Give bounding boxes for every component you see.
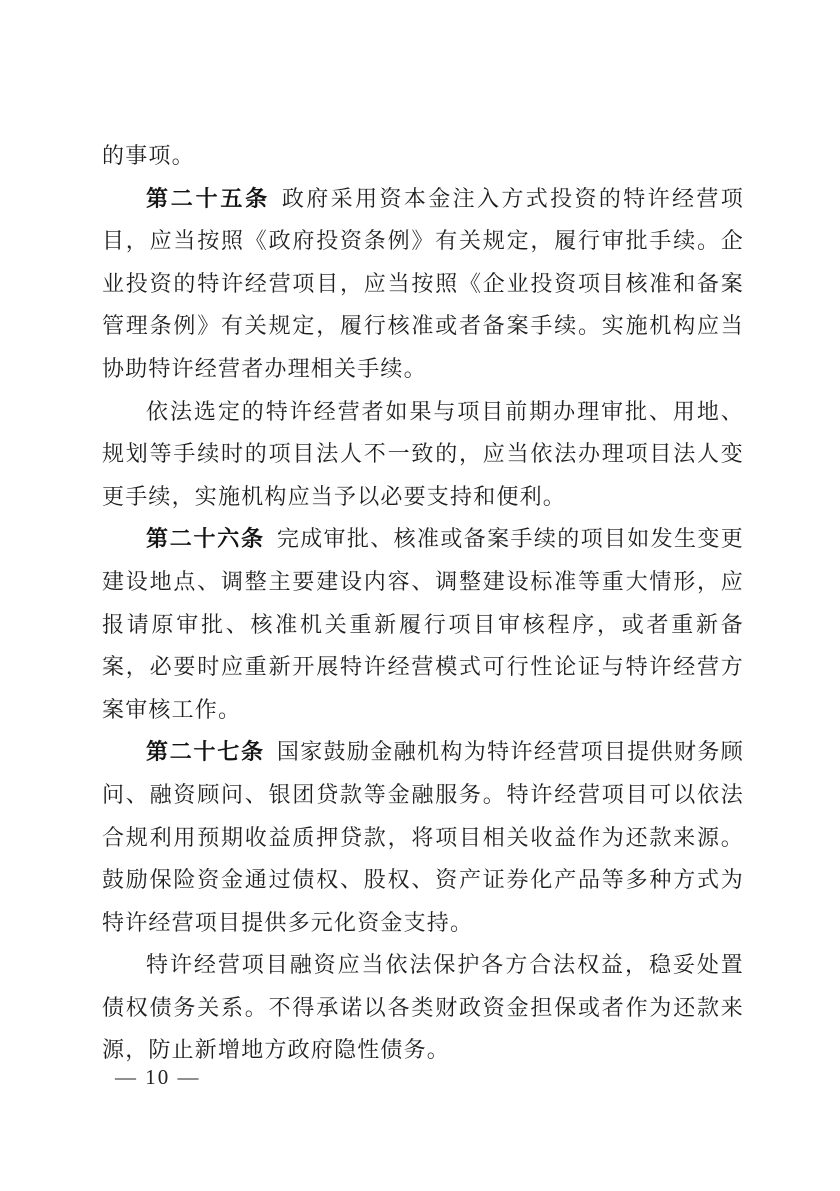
article-number-26: 第二十六条	[146, 526, 265, 551]
para-article-26: 第二十六条完成审批、核准或备案手续的项目如发生变更建设地点、调整主要建设内容、调…	[102, 518, 744, 731]
paragraph-text: 特许经营项目融资应当依法保护各方合法权益，稳妥处置债权债务关系。不得承诺以各类财…	[102, 952, 744, 1062]
document-body: 的事项。 第二十五条政府采用资本金注入方式投资的特许经营项目，应当按照《政府投资…	[102, 135, 744, 1072]
page-number: — 10 —	[115, 1063, 201, 1091]
para-article-25-clause-2: 依法选定的特许经营者如果与项目前期办理审批、用地、规划等手续时的项目法人不一致的…	[102, 391, 744, 519]
para-article-27-clause-2: 特许经营项目融资应当依法保护各方合法权益，稳妥处置债权债务关系。不得承诺以各类财…	[102, 944, 744, 1072]
document-page: 的事项。 第二十五条政府采用资本金注入方式投资的特许经营项目，应当按照《政府投资…	[0, 0, 840, 1191]
article-number-25: 第二十五条	[146, 186, 270, 211]
paragraph-text: 国家鼓励金融机构为特许经营项目提供财务顾问、融资顾问、银团贷款等金融服务。特许经…	[102, 739, 744, 934]
paragraph-text: 依法选定的特许经营者如果与项目前期办理审批、用地、规划等手续时的项目法人不一致的…	[102, 399, 744, 509]
para-article-25: 第二十五条政府采用资本金注入方式投资的特许经营项目，应当按照《政府投资条例》有关…	[102, 178, 744, 391]
paragraph-text: 政府采用资本金注入方式投资的特许经营项目，应当按照《政府投资条例》有关规定，履行…	[102, 186, 744, 381]
para-article-27: 第二十七条国家鼓励金融机构为特许经营项目提供财务顾问、融资顾问、银团贷款等金融服…	[102, 731, 744, 944]
paragraph-text: 完成审批、核准或备案手续的项目如发生变更建设地点、调整主要建设内容、调整建设标准…	[102, 526, 744, 721]
para-continuation: 的事项。	[102, 135, 744, 178]
paragraph-text: 的事项。	[102, 143, 195, 168]
article-number-27: 第二十七条	[146, 739, 265, 764]
